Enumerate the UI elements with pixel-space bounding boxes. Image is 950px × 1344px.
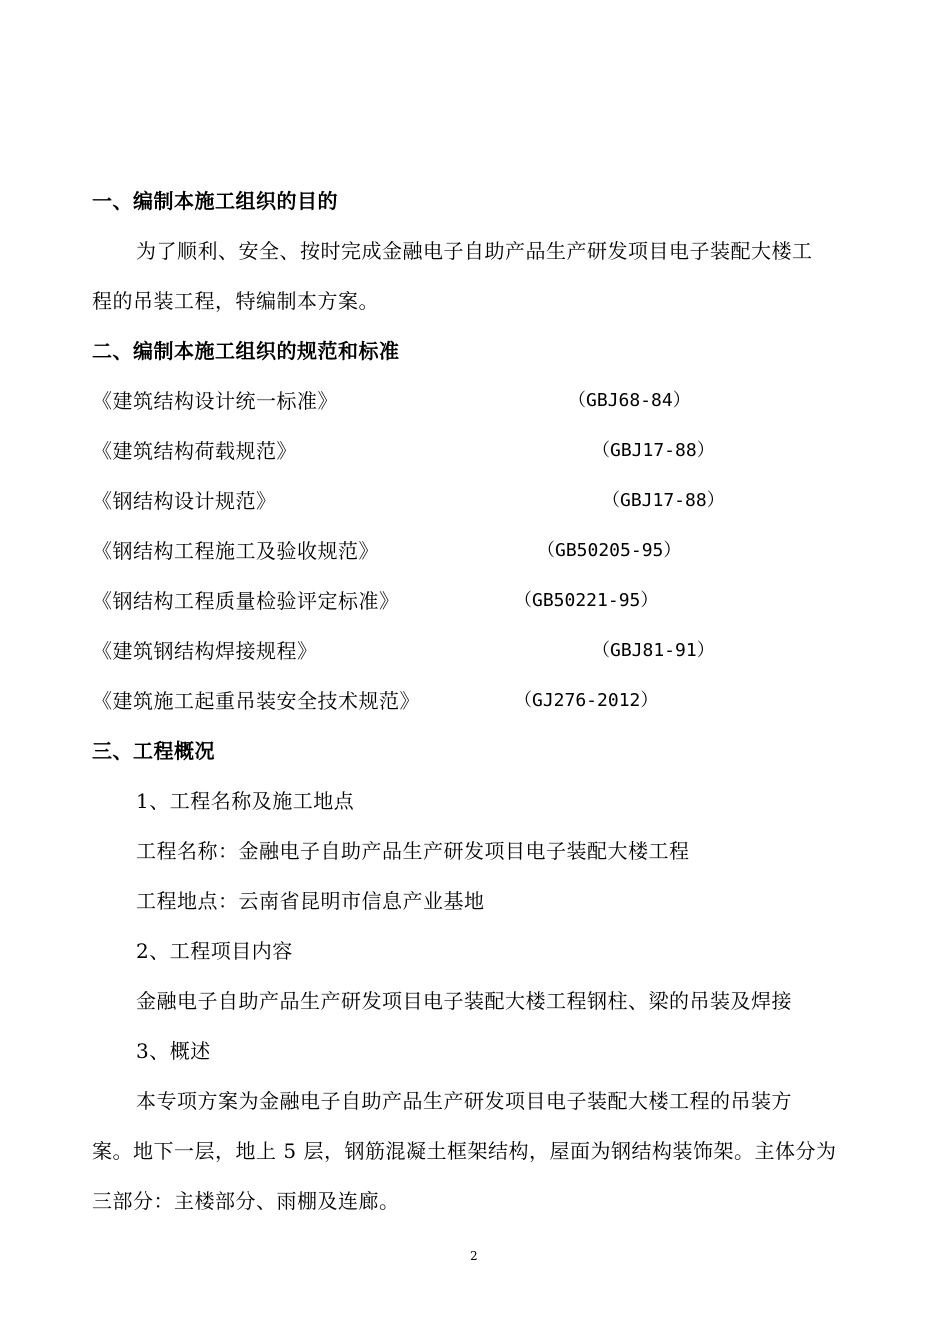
standard-name: 《建筑结构荷载规范》 [92, 439, 297, 463]
standard-code: （GBJ17-88） [592, 439, 715, 463]
overview-line-1: 本专项方案为金融电子自助产品生产研发项目电子装配大楼工程的吊装方 [136, 1089, 792, 1113]
standard-code: （GBJ68-84） [568, 389, 691, 413]
project-location: 工程地点：云南省昆明市信息产业基地 [136, 889, 485, 913]
section-1-paragraph-line-1: 为了顺利、安全、按时完成金融电子自助产品生产研发项目电子装配大楼工 [136, 239, 813, 263]
overview-line-3: 三部分：主楼部分、雨棚及连廊。 [92, 1189, 400, 1213]
standard-code: （GB50221-95） [514, 589, 658, 613]
standard-name: 《建筑施工起重吊装安全技术规范》 [92, 689, 420, 713]
standard-code: （GBJ17-88） [602, 489, 725, 513]
section-3-heading: 三、工程概况 [92, 739, 215, 763]
subsection-2-content: 金融电子自助产品生产研发项目电子装配大楼工程钢柱、梁的吊装及焊接 [136, 989, 792, 1013]
standard-name: 《钢结构设计规范》 [92, 489, 277, 513]
subsection-1-title: 1、工程名称及施工地点 [136, 789, 354, 813]
standard-name: 《钢结构工程施工及验收规范》 [92, 539, 379, 563]
subsection-2-title: 2、工程项目内容 [136, 939, 293, 963]
page-number: 2 [470, 1249, 478, 1263]
section-2-heading: 二、编制本施工组织的规范和标准 [92, 339, 400, 363]
standard-code: （GJ276-2012） [514, 689, 658, 713]
project-name: 工程名称：金融电子自助产品生产研发项目电子装配大楼工程 [136, 839, 690, 863]
subsection-3-title: 3、概述 [136, 1039, 211, 1063]
standard-name: 《钢结构工程质量检验评定标准》 [92, 589, 400, 613]
section-1-paragraph-line-2: 程的吊装工程，特编制本方案。 [92, 289, 379, 313]
standard-name: 《建筑结构设计统一标准》 [92, 389, 338, 413]
standard-code: （GBJ81-91） [592, 639, 715, 663]
standard-name: 《建筑钢结构焊接规程》 [92, 639, 318, 663]
overview-line-2: 案。地下一层，地上 5 层，钢筋混凝土框架结构，屋面为钢结构装饰架。主体分为 [92, 1139, 836, 1163]
section-1-heading: 一、编制本施工组织的目的 [92, 189, 338, 213]
standard-code: （GB50205-95） [537, 539, 681, 563]
